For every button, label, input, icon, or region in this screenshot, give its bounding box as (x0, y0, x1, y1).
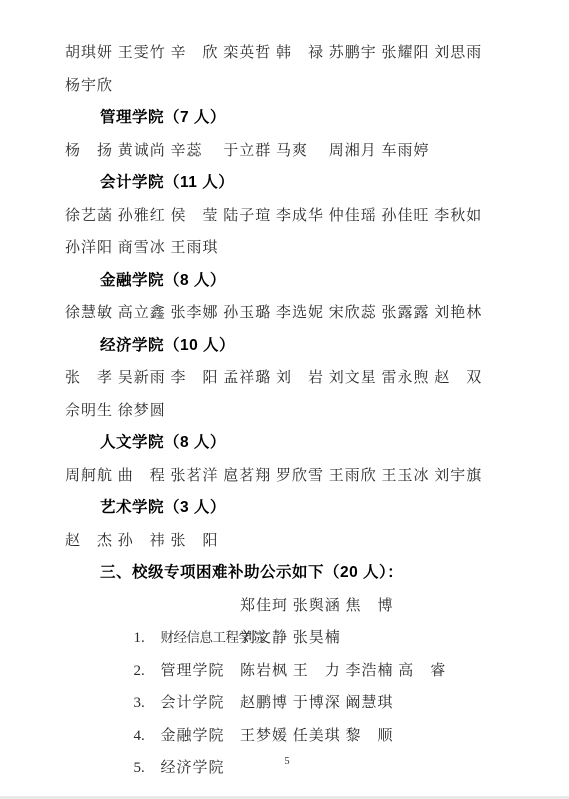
college-header-management: 管理学院（7 人） (65, 102, 509, 135)
names-row: 徐慧敏 高立鑫 张李娜 孙玉璐 李选妮 宋欣蕊 张露露 刘艳林 (65, 297, 509, 330)
names-row: 佘明生 徐梦圆 (65, 395, 509, 428)
college-header-economics: 经济学院（10 人） (65, 330, 509, 363)
entry-names: 刘文静 张昊楠 (240, 622, 341, 655)
entry-number: 5. (134, 752, 161, 785)
names-row: 胡琪妍 王雯竹 辛 欣 栾英哲 韩 禄 苏鹏宇 张耀阳 刘思雨 (65, 37, 509, 70)
names-row: 杨 扬 黄诚尚 辛蕊 于立群 马爽 周湘月 车雨婷 (65, 135, 509, 168)
names-row: 赵 杰 孙 祎 张 阳 (65, 525, 509, 558)
entry-names: 王梦媛 任美琪 黎 顺 (240, 720, 394, 753)
document-page: 胡琪妍 王雯竹 辛 欣 栾英哲 韩 禄 苏鹏宇 张耀阳 刘思雨 杨宇欣 管理学院… (0, 0, 569, 799)
names-row: 周舸航 曲 程 张茗洋 扈茗翔 罗欣雪 王雨欣 王玉冰 刘宇旗 (65, 460, 509, 493)
names-row: 张 孝 吴新雨 李 阳 孟祥璐 刘 岩 刘文星 雷永煦 赵 双 (65, 362, 509, 395)
college-header-humanities: 人文学院（8 人） (65, 427, 509, 460)
college-header-arts: 艺术学院（3 人） (65, 492, 509, 525)
names-row: 杨宇欣 (65, 70, 509, 103)
section-heading-special-subsidy: 三、校级专项困难补助公示如下（20 人）： (65, 557, 509, 590)
entry-names: 陈岩枫 王 力 李浩楠 高 睿 (240, 655, 446, 688)
document-content: 胡琪妍 王雯竹 辛 欣 栾英哲 韩 禄 苏鹏宇 张耀阳 刘思雨 杨宇欣 管理学院… (0, 0, 569, 770)
college-header-finance: 金融学院（8 人） (65, 265, 509, 298)
numbered-entry: 1.财经信息工程学院郑佳珂 张舆涵 焦 博 (65, 590, 509, 623)
numbered-entry: 3.会计学院陈岩枫 王 力 李浩楠 高 睿 (65, 655, 509, 688)
entry-college: 经济学院 (161, 760, 225, 776)
names-row: 孙洋阳 商雪冰 王雨琪 (65, 232, 509, 265)
college-header-accounting: 会计学院（11 人） (65, 167, 509, 200)
entry-names: 郑佳珂 张舆涵 焦 博 (240, 590, 394, 623)
names-row: 徐艺菡 孙雅红 侯 莹 陆子瑄 李成华 仲佳瑶 孙佳旺 李秋如 (65, 200, 509, 233)
numbered-entry: 4.金融学院赵鹏博 于博深 阚慧琪 (65, 687, 509, 720)
numbered-entry: 5.经济学院王梦媛 任美琪 黎 顺 (65, 720, 509, 753)
numbered-entry: 2.管理学院刘文静 张昊楠 (65, 622, 509, 655)
entry-names: 赵鹏博 于博深 阚慧琪 (240, 687, 394, 720)
